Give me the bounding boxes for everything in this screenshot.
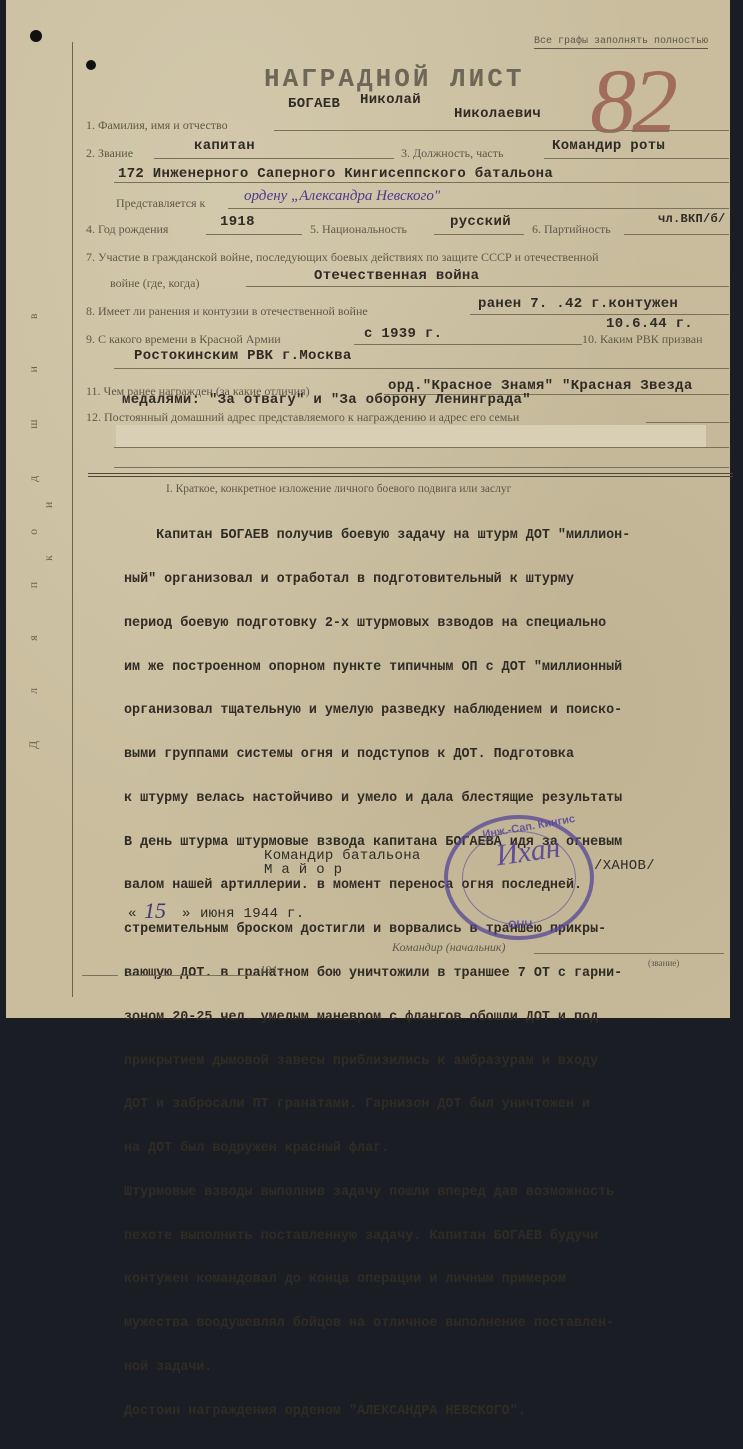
field-8-line xyxy=(470,314,729,315)
commander-line xyxy=(534,953,724,954)
merit-line: организовал тщательную и умелую разведку… xyxy=(124,704,743,719)
merit-line: зоном 20-25 чел. умелым маневром с фланг… xyxy=(124,1011,743,1024)
date-open-quote: « xyxy=(128,906,137,922)
presented-line xyxy=(228,208,729,209)
war-participation-value: Отечественная война xyxy=(314,268,479,284)
field-9-label: 9. С какого времени в Красной Армии xyxy=(86,332,281,347)
prior-awards-value-cont: медалями: "За отвагу" и "За оборону Лени… xyxy=(122,392,531,408)
margin-line xyxy=(72,42,73,997)
patronymic-value: Николаевич xyxy=(454,106,541,122)
field-10-label: 10. Каким РВК призван xyxy=(582,332,703,347)
presented-label: Представляется к xyxy=(116,196,205,211)
address-line-2 xyxy=(114,467,729,468)
merit-line: стремительным броском достигли и ворвали… xyxy=(124,923,743,938)
field-12-label: 12. Постоянный домашний адрес представля… xyxy=(86,410,519,425)
binding-hole xyxy=(30,30,42,42)
birth-year-value: 1918 xyxy=(220,214,255,230)
field-5-label: 5. Национальность xyxy=(310,222,407,237)
wounds-value-cont: 10.6.44 г. xyxy=(606,316,693,332)
redacted-address xyxy=(116,425,706,447)
signer-name: /ХАНОВ/ xyxy=(594,858,655,874)
rank-caption: (звание) xyxy=(648,958,679,968)
unit-line xyxy=(114,182,729,183)
presented-value: ордену „Александра Невского" xyxy=(244,188,440,205)
surname-value: БОГАЕВ xyxy=(288,96,340,112)
binding-hole xyxy=(86,60,96,70)
date-close-quote: » xyxy=(182,906,191,922)
footer-date-day-line xyxy=(82,975,118,976)
unit-value: 172 Инженерного Саперного Кингисеппского… xyxy=(118,166,553,182)
field-3-line xyxy=(544,158,729,159)
date-day: 15 xyxy=(144,898,166,924)
field-2-label: 2. Звание xyxy=(86,146,133,161)
merit-line: Капитан БОГАЕВ получив боевую задачу на … xyxy=(124,529,743,544)
stamp-text-bottom: ОНЧ xyxy=(508,919,532,931)
field-4-line xyxy=(206,234,302,235)
date-month-year: июня 1944 г. xyxy=(200,906,304,922)
field-5-line xyxy=(434,234,524,235)
position-value: Командир роты xyxy=(552,138,665,154)
document-title: НАГРАДНОЙ ЛИСТ xyxy=(264,64,524,94)
merit-line: к штурму велась настойчиво и умело и дал… xyxy=(124,792,743,807)
field-9-line xyxy=(354,344,582,345)
army-since-value: с 1939 г. xyxy=(364,326,442,342)
field-4-label: 4. Год рождения xyxy=(86,222,168,237)
address-line-1 xyxy=(114,447,729,448)
signer-rank: М а й о р xyxy=(264,862,342,878)
section-divider xyxy=(88,473,733,477)
merit-line: ный" организовал и отработал в подготови… xyxy=(124,573,743,588)
party-value: чл.ВКП/б/ xyxy=(658,212,726,226)
merit-line: валом нашей артиллерии. в момент перенос… xyxy=(124,879,743,894)
field-12-line xyxy=(646,422,729,423)
section-heading: I. Краткое, конкретное изложение личного… xyxy=(166,483,511,495)
commander-label: Командир (начальник) xyxy=(392,940,506,955)
merit-line: выми группами системы огня и подступов к… xyxy=(124,748,743,763)
official-stamp: Инж.-Сап. Кингис ОНЧ xyxy=(444,815,594,940)
field-1-label: 1. Фамилия, имя и отчество xyxy=(86,118,228,133)
wounds-value: ранен 7. .42 г.контужен xyxy=(478,296,678,312)
award-sheet: Д л я п о д ш и в к и Все графы заполнят… xyxy=(6,0,730,1018)
first-name-value: Николай xyxy=(360,92,421,108)
nationality-value: русский xyxy=(450,214,511,230)
merit-line: В день штурма штурмовые взвода капитана … xyxy=(124,836,743,851)
field-6-label: 6. Партийность xyxy=(532,222,611,237)
field-2-line xyxy=(154,158,394,159)
field-8-label: 8. Имеет ли ранения и контузии в отечест… xyxy=(86,304,368,319)
field-7-label-cont: войне (где, когда) xyxy=(110,276,199,291)
merit-line: им же построенном опорном пункте типичны… xyxy=(124,661,743,676)
footer-date-month-line xyxy=(128,975,256,976)
footer-date-template: 194 г. xyxy=(260,964,286,976)
field-6-line xyxy=(624,234,729,235)
field-3-label: 3. Должность, часть xyxy=(401,146,503,161)
field-7-label: 7. Участие в гражданской войне, последую… xyxy=(86,250,599,265)
field-10-line xyxy=(114,368,729,369)
binding-margin-text: Д л я п о д ш и в к и xyxy=(26,270,66,770)
field-7-line xyxy=(246,286,729,287)
rank-value: капитан xyxy=(194,138,255,154)
draft-office-value: Ростокинским РВК г.Москва xyxy=(134,348,352,364)
field-1-line xyxy=(274,130,729,131)
merit-line: период боевую подготовку 2-х штурмовых в… xyxy=(124,617,743,632)
